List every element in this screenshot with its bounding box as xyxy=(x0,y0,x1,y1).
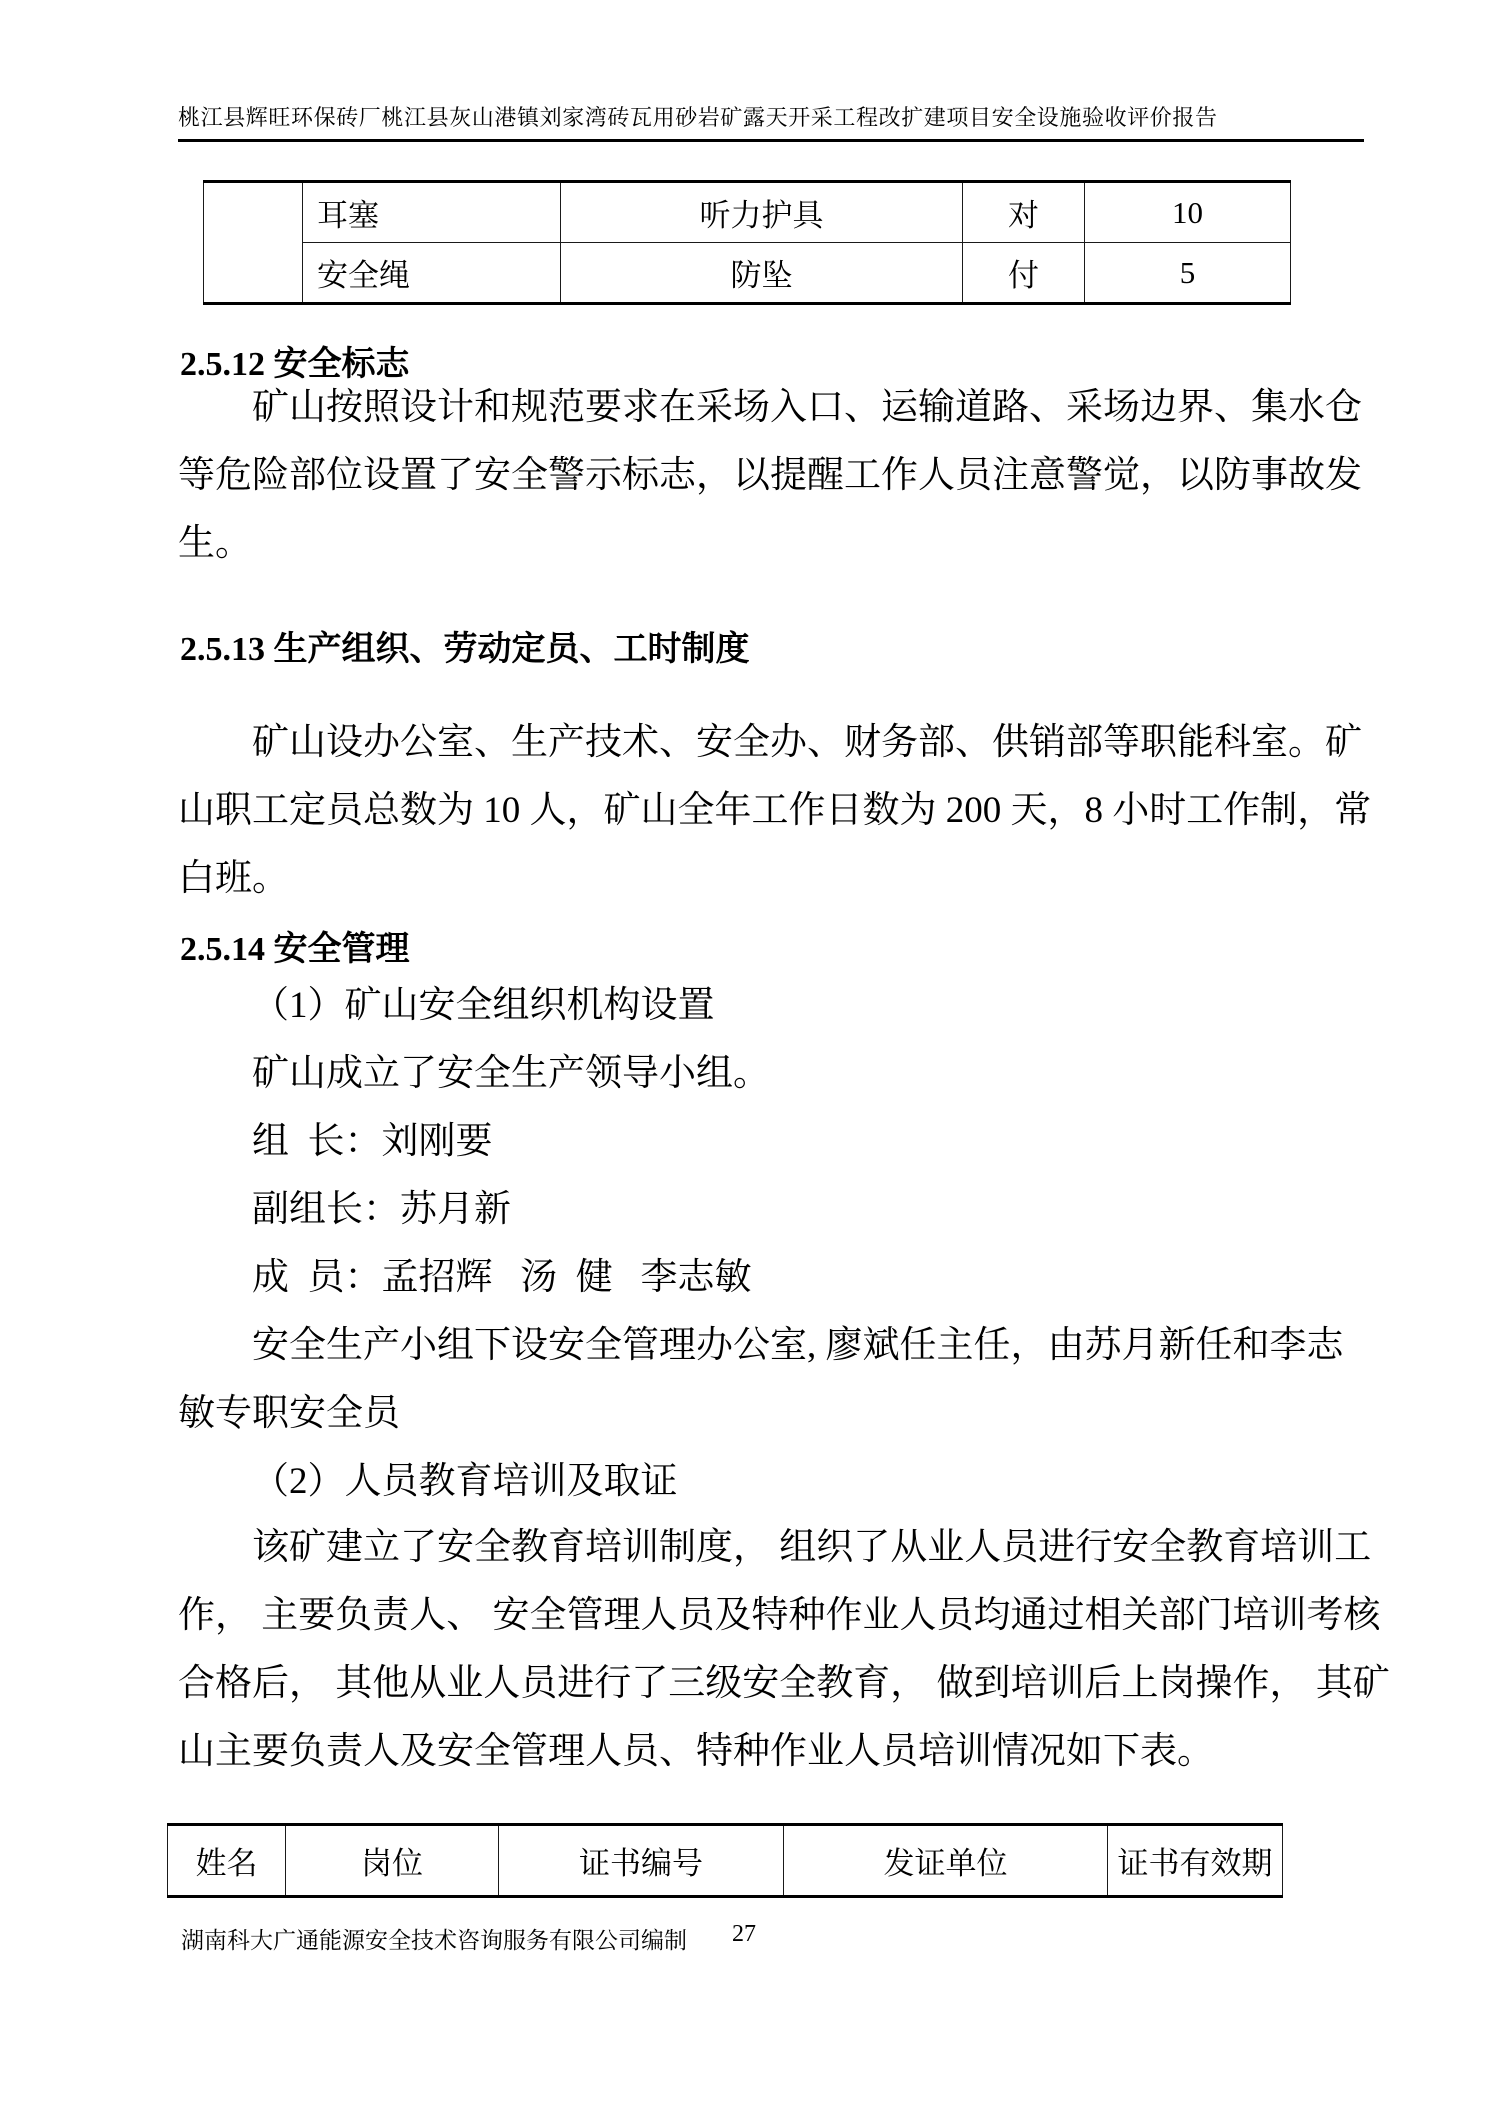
paragraph-line: 安全生产小组下设安全管理办公室, 廖斌任主任，由苏月新任和李志 xyxy=(178,1312,1368,1380)
header-rule xyxy=(178,139,1364,142)
paragraph-2-5-14-b: 该矿建立了安全教育培训制度， 组织了从业人员进行安全教育培训工 作， 主要负责人… xyxy=(178,1514,1368,1786)
paragraph-line: （1）矿山安全组织机构设置 xyxy=(178,972,1368,1040)
paragraph-line: 生。 xyxy=(178,510,1368,578)
column-header-cert-number: 证书编号 xyxy=(499,1825,784,1897)
document-page: { "colors": { "page_background": "#fffff… xyxy=(0,0,1488,2104)
paragraph-line: 合格后， 其他从业人员进行了三级安全教育， 做到培训后上岗操作， 其矿 xyxy=(178,1650,1368,1718)
ppe-qty-cell: 10 xyxy=(1085,182,1291,243)
paragraph-line: （2）人员教育培训及取证 xyxy=(178,1448,1368,1516)
column-header-name: 姓名 xyxy=(168,1825,286,1897)
table-row: 耳塞 听力护具 对 10 xyxy=(204,182,1291,243)
ppe-purpose-cell: 听力护具 xyxy=(561,182,963,243)
paragraph-line: 等危险部位设置了安全警示标志，以提醒工作人员注意警觉，以防事故发 xyxy=(178,442,1368,510)
table-row: 安全绳 防坠 付 5 xyxy=(204,243,1291,304)
paragraph-line: 成 员：孟招辉 汤 健 李志敏 xyxy=(178,1244,1368,1312)
paragraph-line: 敏专职安全员 xyxy=(178,1380,1368,1448)
paragraph-line: 矿山设办公室、生产技术、安全办、财务部、供销部等职能科室。矿 xyxy=(178,709,1368,777)
ppe-table: 耳塞 听力护具 对 10 安全绳 防坠 付 5 xyxy=(203,180,1291,305)
ppe-merged-empty-cell xyxy=(204,182,303,304)
table-header-row: 姓名 岗位 证书编号 发证单位 证书有效期 xyxy=(168,1825,1283,1897)
column-header-issuer: 发证单位 xyxy=(784,1825,1108,1897)
section-heading-2-5-13: 2.5.13 生产组织、劳动定员、工时制度 xyxy=(180,621,750,670)
ppe-qty-cell: 5 xyxy=(1085,243,1291,304)
paragraph-line: 矿山成立了安全生产领导小组。 xyxy=(178,1040,1368,1108)
ppe-purpose-cell: 防坠 xyxy=(561,243,963,304)
training-table: 姓名 岗位 证书编号 发证单位 证书有效期 xyxy=(167,1823,1283,1898)
column-header-position: 岗位 xyxy=(286,1825,499,1897)
paragraph-2-5-12: 矿山按照设计和规范要求在采场入口、运输道路、采场边界、集水仓 等危险部位设置了安… xyxy=(178,374,1368,578)
section-heading-2-5-14: 2.5.14 安全管理 xyxy=(180,921,410,970)
ppe-name-cell: 耳塞 xyxy=(303,182,561,243)
paragraph-line: 山主要负责人及安全管理人员、特种作业人员培训情况如下表。 xyxy=(178,1718,1368,1786)
ppe-unit-cell: 付 xyxy=(963,243,1085,304)
paragraph-2-5-13: 矿山设办公室、生产技术、安全办、财务部、供销部等职能科室。矿 山职工定员总数为 … xyxy=(178,709,1368,913)
page-header-title: 桃江县辉旺环保砖厂桃江县灰山港镇刘家湾砖瓦用砂岩矿露天开采工程改扩建项目安全设施… xyxy=(178,101,1218,132)
ppe-name-cell: 安全绳 xyxy=(303,243,561,304)
paragraph-line: 矿山按照设计和规范要求在采场入口、运输道路、采场边界、集水仓 xyxy=(178,374,1368,442)
ppe-unit-cell: 对 xyxy=(963,182,1085,243)
paragraph-line: 该矿建立了安全教育培训制度， 组织了从业人员进行安全教育培训工 xyxy=(178,1514,1368,1582)
paragraph-line: 副组长：苏月新 xyxy=(178,1176,1368,1244)
paragraph-line: 作， 主要负责人、 安全管理人员及特种作业人员均通过相关部门培训考核 xyxy=(178,1582,1368,1650)
paragraph-line: 白班。 xyxy=(178,845,1368,913)
paragraph-line: 山职工定员总数为 10 人，矿山全年工作日数为 200 天，8 小时工作制，常 xyxy=(178,777,1368,845)
page-number: 27 xyxy=(0,1921,1488,1948)
column-header-validity: 证书有效期 xyxy=(1108,1825,1283,1897)
paragraph-2-5-14-a: （1）矿山安全组织机构设置 矿山成立了安全生产领导小组。 组 长：刘刚要 副组长… xyxy=(178,972,1368,1516)
paragraph-line: 组 长：刘刚要 xyxy=(178,1108,1368,1176)
